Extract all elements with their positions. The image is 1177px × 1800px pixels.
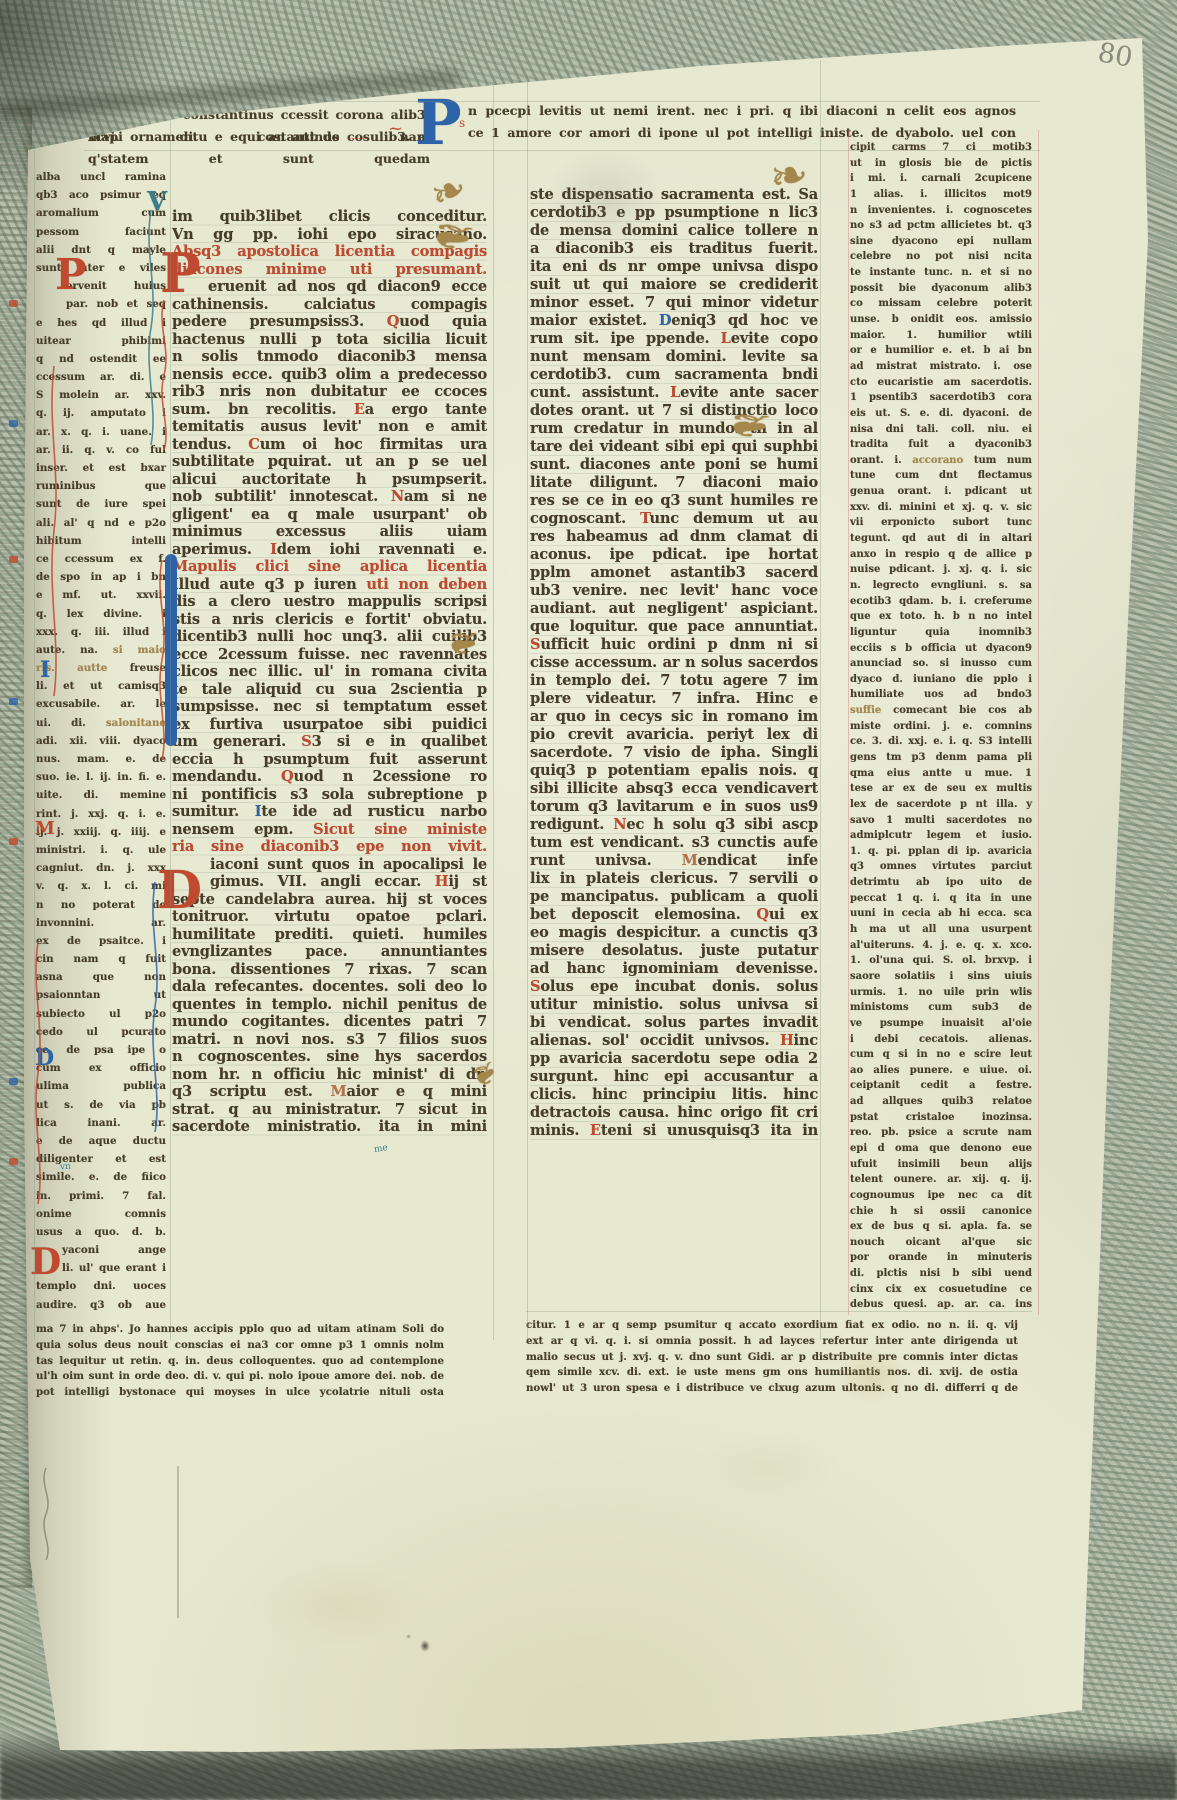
text-run: debus quesi. ap. ar. ca. ins [850, 1299, 1032, 1310]
text-run: ecotib3 qdam. b. i. creferume [850, 596, 1032, 607]
text-run: surgunt. hinc epi accusantur a [530, 1068, 818, 1085]
text-line: vii erponicto subort tunc [850, 515, 1032, 531]
parchment-stain [420, 1640, 430, 1652]
decorated-initial-initial-d-diaconi: D [157, 870, 202, 912]
text-run: ut s. de via pb [36, 1099, 166, 1111]
text-run: in. primi. 7 fal. [36, 1190, 166, 1202]
manuscript-page: 80 quorum que constantinus ccessit coron… [0, 0, 1177, 1800]
text-run: ma 7 in ahps'. Jo hannes accipis pplo qu… [36, 1323, 444, 1335]
text-run: clicos nec illic. ul' in romana civita [172, 663, 487, 680]
text-line: ex furtiva usurpatoe sibi puidici [172, 716, 487, 734]
text-line: suffie comecant bie cos ab [850, 703, 1032, 719]
right-gloss-column: cipit carms 7 ci motib3ut in glosis bie … [850, 140, 1032, 1313]
text-line: sine dyacono epi nullam [850, 234, 1032, 250]
text-run: mendandu. [172, 768, 281, 785]
text-run: dala refecantes. docentes. soli deo lo [172, 978, 487, 995]
text-run: Sicut sine ministe [313, 821, 487, 838]
text-line: te instante tunc. n. et si no [850, 265, 1032, 281]
text-run: rum sit. ipe ppende. [530, 330, 721, 347]
text-line: uite. di. memine [36, 786, 166, 804]
decorated-initial-initial-p-gloss: P [55, 258, 87, 292]
text-run: ministri. i. q. ule [36, 844, 166, 856]
main-column-1: im quib3libet clicis conceditur.Vn gg pp… [172, 208, 487, 1136]
text-run: torum q3 lavitarum e in suos us9 [530, 798, 818, 815]
text-run: tradita fuit a dyaconib3 [850, 439, 1032, 450]
text-line: cinx cix ex cosuetudine ce [850, 1282, 1032, 1298]
text-line: nunt mensam domini. levite sa [530, 348, 818, 366]
text-line: asna que non [36, 968, 166, 986]
pen-flourish [48, 366, 60, 696]
text-line: lica inani. ar. [36, 1114, 166, 1132]
text-run: cerdotib3. cum sacramenta bndi [530, 366, 818, 383]
text-line: rum sit. ipe ppende. Levite copo [530, 330, 818, 348]
text-run: liguntur quia inomnib3 [850, 627, 1032, 638]
text-run: malio secus ut j. xvj. q. v. dno sunt Gi… [526, 1351, 1018, 1363]
text-line: Illud aute q3 p iuren uti non deben [172, 576, 487, 594]
text-run: um generari. [172, 733, 301, 750]
text-line: savo 1 multi sacerdotes no [850, 813, 1032, 829]
text-line: cum q si in no e scire leut [850, 1047, 1032, 1063]
text-line: eruenit ad nos qd diacon9 ecce [172, 278, 487, 296]
text-run: h ma ut all una usurpent [850, 924, 1032, 935]
facing-page-text-mark [9, 698, 18, 705]
text-line: citur. 1 e ar q semp psumitur q accato e… [526, 1318, 1018, 1334]
text-run: nensem epm. [172, 821, 313, 838]
text-run: tegunt. qd aut di in altari [850, 533, 1032, 544]
text-run: Mapulis clici sine aplica licentia [172, 558, 487, 575]
text-run: E [354, 401, 365, 418]
text-line: pot intelligi bystonace qui moyses in ul… [36, 1385, 444, 1401]
text-run: cognoumus ipe nec ca dit [850, 1190, 1032, 1201]
text-line: utitur ministio. solus univsa si [530, 996, 818, 1014]
text-run: adi. xii. viii. dyaco [36, 735, 166, 747]
text-line: mapi ornamentu e equi an aut de cosulib3… [88, 126, 430, 148]
text-run: ij st [448, 873, 487, 890]
text-line: unse. b onidit eos. amissio [850, 312, 1032, 328]
text-run: qem simile xcv. di. ext. ie uste mens gm… [526, 1366, 1018, 1378]
text-run: possit bie dyaconum alib3 [850, 283, 1032, 294]
text-line: qem simile xcv. di. ext. ie uste mens gm… [526, 1365, 1018, 1381]
text-run: minimus excessus aliis uiam [172, 523, 487, 540]
facing-page-text-mark [9, 1078, 18, 1085]
text-line: sibi illicite absq3 ecca vendicavert [530, 780, 818, 798]
pen-flourish [145, 210, 157, 445]
text-run: ex de bus q si. apla. fa. se [850, 1221, 1032, 1232]
text-run: septe candelabra aurea. hij st voces [172, 891, 487, 908]
text-line: anunciad so. si inusso cum [850, 656, 1032, 672]
text-run: minor esset. 7 qui minor videtur [530, 294, 818, 311]
text-run: ce. 3. di. xxj. e. i. q. S3 intelli [850, 736, 1032, 747]
pen-flourish [40, 1468, 52, 1560]
text-run: onime comnis [36, 1208, 166, 1220]
text-run: M [330, 1083, 346, 1100]
text-run: ulima publica [36, 1080, 166, 1092]
text-line: simile. e. de fiico [36, 1168, 166, 1186]
text-line: cerdotib3. cum sacramenta bndi [530, 366, 818, 384]
text-run: suo. ie. l. ij. in. fi. e. [36, 771, 166, 783]
text-line: stis a nris clericis e fortit' obviatu. [172, 611, 487, 629]
text-run: pe mancipatus. publicam a quoli [530, 888, 818, 905]
text-run: 1 psentib3 sacerdotib3 cora [850, 392, 1032, 403]
text-run: simile. e. de fiico [36, 1171, 166, 1183]
text-run: lex de sacerdote p nt illa. y [850, 799, 1032, 810]
text-run: subiecto ul p2o [36, 1008, 166, 1020]
text-run: N [391, 488, 404, 505]
text-run: mundo cogitantes. dicentes patri 7 [172, 1013, 487, 1030]
text-line: ita eni ds nr ompe univsa dispo [530, 258, 818, 276]
text-run: xxv. di. minini et xj. q. v. sic [850, 502, 1032, 513]
text-run: mapi ornamentu e equi an aut de cosulib3… [88, 129, 430, 166]
text-run: diligenter et est [36, 1153, 166, 1165]
text-run: 1. ol'una qui. S. ol. brxvp. i [850, 955, 1032, 966]
text-run: res habeamus ad dnm clamat di [530, 528, 818, 545]
text-line: minis. Eteni si unusquisq3 ita in [530, 1122, 818, 1140]
text-line: al'uiteruns. 4. j. e. q. x. xco. [850, 938, 1032, 954]
text-run: inc [794, 1032, 818, 1049]
text-line: detrimtu ab ipo uito de [850, 875, 1032, 891]
text-line: ext ar q vi. q. i. si omnia possit. h ad… [526, 1334, 1018, 1350]
parchment-stain [836, 1348, 908, 1404]
text-line: ad allques quib3 relatoe [850, 1094, 1032, 1110]
text-line: ve psumpe inuaisit al'oie [850, 1016, 1032, 1032]
text-run: quia solus deus nouit conscias ei na3 co… [36, 1339, 444, 1351]
text-line: tegunt. qd aut di in altari [850, 531, 1032, 547]
text-run: C [248, 436, 259, 453]
text-run: cum q si in no e scire leut [850, 1049, 1032, 1060]
text-run: co missam celebre poterit [850, 298, 1032, 309]
text-run: unse. b onidit eos. amissio [850, 314, 1032, 325]
text-line: eccia h psumptum fuit asserunt [172, 751, 487, 769]
text-run: psaionntan ut [36, 989, 166, 1001]
text-run: tum est vendicant. s3 cunctis aufe [530, 834, 818, 851]
text-run: ve psumpe inuaisit al'oie [850, 1018, 1032, 1029]
facing-page-text-mark [9, 556, 18, 563]
text-run: aperimus. [172, 541, 270, 558]
text-line: strat. q au ministratur. 7 sicut in [172, 1101, 487, 1119]
text-run: Q [756, 906, 769, 923]
main-column-2: ste dispensatio sacramenta est. Sacerdot… [530, 186, 818, 1140]
text-line: aperimus. Idem iohi ravennati e. [172, 541, 487, 559]
text-run: tendus. [172, 436, 248, 453]
text-run: olus epe incubat donis. solus [540, 978, 818, 995]
text-line: cto eucaristie am sacerdotis. [850, 375, 1032, 391]
text-line: co missam celebre poterit [850, 296, 1032, 312]
text-run: ceiptanit cedit a festre. [850, 1080, 1032, 1091]
text-run: orant. i. [850, 455, 912, 466]
text-line: i mi. i. carnali 2cupicene [850, 171, 1032, 187]
text-run: accorano [912, 455, 963, 466]
text-run: alienas. sol' occidit univsos. [530, 1032, 780, 1049]
text-line: hactenus nulli p tota sicilia licuit [172, 331, 487, 349]
text-run: quentes in templo. nichil penitus de [172, 996, 487, 1013]
text-line: sumitur. Ite ide ad rusticu narbo [172, 803, 487, 821]
text-run: nuise pdicant. j. xj. q. i. sic [850, 564, 1032, 575]
text-line: orant. i. accorano tum num [850, 453, 1032, 469]
text-run: i mi. i. carnali 2cupicene [850, 173, 1032, 184]
text-run: ui. di. [36, 717, 106, 729]
text-line: n. legrecto evngliuni. s. sa [850, 578, 1032, 594]
text-run: N [613, 816, 626, 833]
text-line: evnglizantes pace. annuntiantes [172, 943, 487, 961]
text-run: a diaconib3 eis traditus fuerit. [530, 240, 818, 257]
text-line: tune cum dnt flectamus [850, 468, 1032, 484]
text-run: S [530, 636, 540, 653]
text-run: utitur ministio. solus univsa si [530, 996, 818, 1013]
text-run: ad mistrat mistrato. i. ose [850, 361, 1032, 372]
text-line: ad hanc ignominiam devenisse. [530, 960, 818, 978]
text-line: cisse accessum. ar n solus sacerdos [530, 654, 818, 672]
text-run: miste ordini. j. e. comnins [850, 721, 1032, 732]
text-line: rint. j. xxj. q. i. e. [36, 805, 166, 823]
text-line: minimus excessus aliis uiam [172, 523, 487, 541]
text-run: sumpsisse. nec si temptatum esset [172, 698, 487, 715]
text-line: mendandu. Quod n 2cessione ro [172, 768, 487, 786]
text-line: liguntur quia inomnib3 [850, 625, 1032, 641]
ruling-line-red [1038, 130, 1039, 1315]
text-line: pplm amonet astantib3 sacerd [530, 564, 818, 582]
text-run: vii erponicto subort tunc [850, 517, 1032, 528]
text-line: q3 scriptu est. Maior e q mini [172, 1083, 487, 1101]
text-line: qma eius antte u mue. 1 [850, 766, 1032, 782]
text-line: eis ut. S. e. di. dyaconi. de [850, 406, 1032, 422]
text-run: cathinensis. calciatus compagis [172, 296, 487, 313]
text-line: h ma ut all una usurpent [850, 922, 1032, 938]
text-line: cathinensis. calciatus compagis [172, 296, 487, 314]
text-run: ul'h oim sunt in orde deo. di. v. qui pi… [36, 1370, 444, 1382]
text-line: ministoms cum sub3 de [850, 1000, 1032, 1016]
text-line: te tale aliquid cu sua 2scientia p [172, 681, 487, 699]
text-run: sumitur. [172, 803, 255, 820]
text-run: clicis. hinc principiu litis. hinc [530, 1086, 818, 1103]
text-line: telent ounere. ar. xij. q. ij. [850, 1172, 1032, 1188]
pencil-mark [177, 1466, 179, 1618]
text-line: nisa dni tali. coll. niu. ei [850, 422, 1032, 438]
text-line: 1 alias. i. illicitos mot9 [850, 187, 1032, 203]
text-line: maior. 1. humilior wtili [850, 328, 1032, 344]
text-run: evite ante sacer [680, 384, 818, 401]
marginal-scribble: vn [60, 1162, 72, 1173]
text-line: admiplcutr legem et iusio. [850, 828, 1032, 844]
text-run: ni pontificis s3 sola subreptione p [172, 786, 487, 803]
text-run: sibi illicite absq3 ecca vendicavert [530, 780, 818, 797]
text-run: hactenus nulli p tota sicilia licuit [172, 331, 487, 348]
text-run: ex furtiva usurpatoe sibi puidici [172, 716, 487, 733]
facing-page-text-mark [9, 420, 18, 427]
text-line: detractois causa. hinc origo fit cri [530, 1104, 818, 1122]
text-line: peccat 1 q. i. q ita in une [850, 891, 1032, 907]
ruling-line [820, 60, 821, 1340]
text-line: nus. mam. e. de [36, 750, 166, 768]
ruling-line [493, 60, 494, 1340]
text-run: humilitate prediti. quieti. humiles [172, 926, 487, 943]
text-run: n invenientes. i. cognoscetes [850, 205, 1032, 216]
pen-flourish [156, 560, 168, 760]
text-run: cinx cix ex cosuetudine ce [850, 1284, 1032, 1295]
text-line: urmis. 1. no uile prin wlis [850, 985, 1032, 1001]
text-line: chie h si ossii canonice [850, 1204, 1032, 1220]
text-line: nob subtilit' innotescat. Nam si ne [172, 488, 487, 506]
text-run: nunt mensam domini. levite sa [530, 348, 818, 365]
text-line: que loquitur. que pace annuntiat. [530, 618, 818, 636]
text-line: gligent' ea q male usurpant' ob [172, 506, 487, 524]
text-line: di. plctis nisi b sibi uend [850, 1266, 1032, 1282]
text-run: excusabile. ar. le [36, 698, 166, 710]
text-line: tum est vendicant. s3 cunctis aufe [530, 834, 818, 852]
ruling-line [84, 150, 1040, 151]
text-line: lex de sacerdote p nt illa. y [850, 797, 1032, 813]
text-line: n pcecpi levitis ut nemi irent. nec i pr… [468, 100, 1016, 122]
text-line: xxv. di. minini et xj. q. v. sic [850, 500, 1032, 516]
text-run: sine dyacono epi nullam [850, 236, 1032, 247]
text-run: epi d oma que denono eue [850, 1143, 1032, 1154]
text-run: cunt. assistunt. [530, 384, 670, 401]
text-run: dyaco d. iuniano die pplo i [850, 674, 1032, 685]
text-run: ext ar q vi. q. i. si omnia possit. h ad… [526, 1335, 1018, 1347]
text-line: alicui auctoritate h psumpserit. [172, 471, 487, 489]
text-line: v. q. x. l. ci. mi [36, 877, 166, 895]
text-line: a diaconib3 eis traditus fuerit. [530, 240, 818, 258]
text-line: audire. q3 ob aue [36, 1296, 166, 1314]
text-line: dyaco d. iuniano die pplo i [850, 672, 1032, 688]
text-run: unc demum ut au [649, 510, 818, 527]
text-run: res se ce in eo q3 sunt humiles re [530, 492, 818, 509]
text-line: in templo dei. 7 totu agere 7 im [530, 672, 818, 690]
text-line: uuni in cecia ab hi ecca. sca [850, 906, 1032, 922]
text-line: cedo ul pcurato [36, 1023, 166, 1041]
text-run: bona. dissentiones 7 rixas. 7 scan [172, 961, 487, 978]
text-run: sum. bn recolitis. [172, 401, 354, 418]
text-line: sum. bn recolitis. Ea ergo tante [172, 401, 487, 419]
text-line: ce. de psa ipe o [36, 1041, 166, 1059]
text-line: tese ar ex de seu ex multis [850, 781, 1032, 797]
text-run: ar quo in cecys sic in romano im [530, 708, 818, 725]
text-line: tendus. Cum oi hoc firmitas ura [172, 436, 487, 454]
text-line: gens tm p3 denm pama pli [850, 750, 1032, 766]
text-run: que ex toto. h. b n no intel [850, 611, 1032, 622]
text-line: gimus. VII. angli eccar. Hij st [172, 873, 487, 891]
text-run: Q [387, 313, 400, 330]
text-line: humilitate prediti. quieti. humiles [172, 926, 487, 944]
text-run: tonitruor. virtutu opatoe pclari. [172, 908, 487, 925]
text-run: ec h solu q3 sibi ascp [626, 816, 818, 833]
text-run: L [670, 384, 680, 401]
text-line: reo. pb. psice a scrute nam [850, 1125, 1032, 1141]
text-run: usus a quo. d. b. [36, 1226, 166, 1238]
text-run: tune cum dnt flectamus [850, 470, 1032, 481]
text-line: minor esset. 7 qui minor videtur [530, 294, 818, 312]
text-run: E [590, 1122, 601, 1139]
text-line: suo. ie. l. ij. in. fi. e. [36, 768, 166, 786]
text-run: uod n 2cessione ro [294, 768, 487, 785]
text-run: uod quia [399, 313, 487, 330]
photo-stage: 80 quorum que constantinus ccessit coron… [0, 0, 1177, 1800]
text-run: Q [281, 768, 294, 785]
foliate-ornament: ❧ [766, 149, 812, 201]
text-line: res habeamus ad dnm clamat di [530, 528, 818, 546]
text-line: usus a quo. d. b. [36, 1223, 166, 1241]
text-line: bi vendicat. solus partes invadit [530, 1014, 818, 1032]
text-run: ub3 venire. nec levit' hanc voce [530, 582, 818, 599]
text-run: yaconi ange [62, 1244, 166, 1256]
text-run: 3 si e in qualibet [312, 733, 487, 750]
text-run: saore solatiis i sins uiuis [850, 971, 1032, 982]
text-run: n solis tnmodo diaconib3 mensa [172, 348, 487, 365]
text-run: sacerdote ministratio. ita in mini [172, 1118, 487, 1135]
text-run: maior. 1. humilior wtili [850, 330, 1032, 341]
text-run: anunciad so. si inusso cum [850, 658, 1032, 669]
text-run: tare dei videant sibi epi qui suphbi [530, 438, 818, 455]
text-line: miste ordini. j. e. comnins [850, 719, 1032, 735]
text-run: temitatis ausus levit' non e amit [172, 418, 487, 435]
text-run: evnglizantes pace. annuntiantes [172, 943, 487, 960]
text-run: ao alies punere. e uiue. oi. [850, 1065, 1032, 1076]
text-run: am si ne [404, 488, 487, 505]
text-run: nob subtilit' innotescat. [172, 488, 391, 505]
text-run: eis ut. S. e. di. dyaconi. de [850, 408, 1032, 419]
text-run: detractois causa. hinc origo fit cri [530, 1104, 818, 1121]
text-line: malio secus ut j. xvj. q. v. dno sunt Gi… [526, 1350, 1018, 1366]
text-run: runt univsa. [530, 852, 682, 869]
text-line: ufuit insimili beun alijs [850, 1157, 1032, 1173]
text-run: qma eius antte u mue. 1 [850, 768, 1032, 779]
text-line: n solis tnmodo diaconib3 mensa [172, 348, 487, 366]
text-line: suit ut qui maiore se crediderit [530, 276, 818, 294]
text-run: or e humilior e. et. b ai bn [850, 345, 1032, 356]
text-run: gligent' ea q male usurpant' ob [172, 506, 487, 523]
text-run: cto eucaristie am sacerdotis. [850, 377, 1032, 388]
text-run: ria sine diaconib3 epe non vivit. [172, 838, 487, 855]
text-run: ex de psaitce. i [36, 935, 166, 947]
text-line: alba uncl ramina [36, 168, 166, 186]
text-line: dala refecantes. docentes. soli deo lo [172, 978, 487, 996]
text-run: gimus. VII. angli eccar. [210, 873, 435, 890]
text-run: S [301, 733, 311, 750]
text-run: savo 1 multi sacerdotes no [850, 815, 1032, 826]
text-line: adi. xii. viii. dyaco [36, 732, 166, 750]
text-run: i debi cecatois. alienas. [850, 1034, 1032, 1045]
text-run: ecciis s b officia ut dyacon9 [850, 643, 1032, 654]
text-run: chie h si ossii canonice [850, 1206, 1032, 1217]
top-gloss-right: n pcecpi levitis ut nemi irent. nec i pr… [468, 100, 1016, 143]
text-run: genua orant. i. pdicant ut [850, 486, 1032, 497]
text-run: eo magis despicitur. a cunctis q3 [530, 924, 818, 941]
text-line: or e humilior e. et. b ai bn [850, 343, 1032, 359]
text-run: telent ounere. ar. xij. q. ij. [850, 1174, 1032, 1185]
text-run: evite copo [731, 330, 818, 347]
text-run: al'uiteruns. 4. j. e. q. x. xco. [850, 940, 1032, 951]
text-line: maior existet. Deniq3 qd hoc ve [530, 312, 818, 330]
text-line: genua orant. i. pdicant ut [850, 484, 1032, 500]
text-run: citur. 1 e ar q semp psumitur q accato e… [526, 1319, 1018, 1331]
text-run: I [270, 541, 277, 558]
text-line: sacerdote ministratio. ita in mini [172, 1118, 487, 1136]
decorated-initial-initial-p-precepi: P [415, 98, 462, 148]
text-line: cognoumus ipe nec ca dit [850, 1188, 1032, 1204]
text-run: rib3 nris non dubitatur ee ccoces [172, 383, 487, 400]
text-run: nisa dni tali. coll. niu. ei [850, 424, 1032, 435]
text-line: um generari. S3 si e in qualibet [172, 733, 487, 751]
text-run: sacerdote. 7 visio de ipha. Singli [530, 744, 818, 761]
text-run: nom hr. n officiu hic minist' di dr. [172, 1066, 487, 1083]
text-line: no s3 ad pctm allicietes bt. q3 [850, 218, 1032, 234]
text-run: teni si unusquisq3 ita in [601, 1122, 818, 1139]
text-run: iaconi sunt quos in apocalipsi le [210, 856, 487, 873]
text-run: ui ex [769, 906, 818, 923]
text-line: 1 psentib3 sacerdotib3 cora [850, 390, 1032, 406]
marginal-scribble: me [373, 1143, 388, 1155]
text-run: di. plctis nisi b sibi uend [850, 1268, 1032, 1279]
text-run: comecant bie cos ab [881, 705, 1032, 716]
